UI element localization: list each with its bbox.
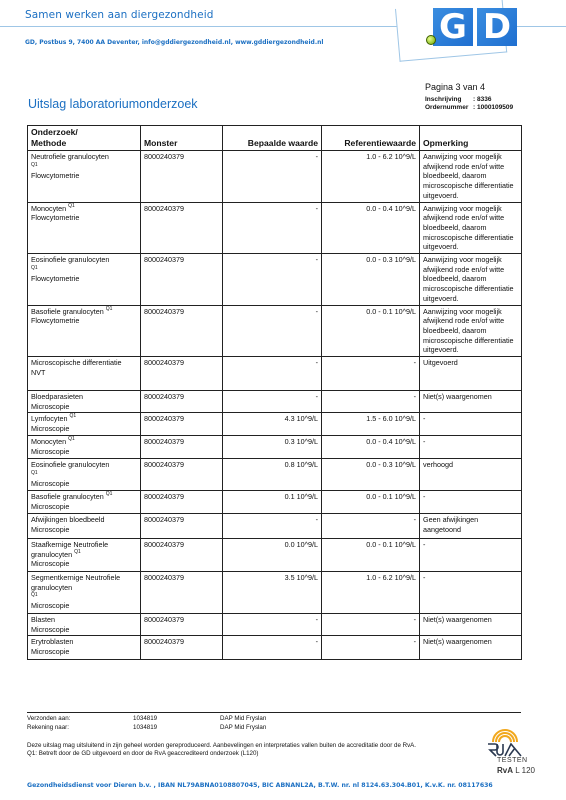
table-row: ErytroblastenMicroscopie8000240379--Niet… bbox=[28, 636, 522, 660]
cell-opmerking: Niet(s) waargenomen bbox=[420, 391, 522, 413]
verzonden-label: Verzonden aan: bbox=[27, 715, 70, 722]
inschrijving-label: Inschrijving bbox=[425, 96, 473, 103]
page-number: Pagina 3 van 4 bbox=[425, 82, 485, 92]
cell-onderzoek: ErytroblastenMicroscopie bbox=[28, 636, 141, 660]
cell-referentiewaarde: 0.0 - 0.1 10^9/L bbox=[322, 490, 420, 513]
cell-bepaalde-waarde: - bbox=[223, 357, 322, 391]
test-name: Segmentkernige Neutrofiele granulocyten bbox=[31, 573, 120, 592]
rva-accreditation-logo: TESTEN RvA L 120 bbox=[485, 728, 525, 784]
rekening-name: DAP Mid Fryslan bbox=[220, 724, 266, 731]
cell-referentiewaarde: 0.0 - 0.4 10^9/L bbox=[322, 202, 420, 254]
tagline: Samen werken aan diergezondheid bbox=[25, 9, 214, 21]
cell-opmerking: Uitgevoerd bbox=[420, 357, 522, 391]
table-row: Monocyten Q1Flowcytometrie8000240379-0.0… bbox=[28, 202, 522, 254]
cell-onderzoek: Lymfocyten Q1Microscopie bbox=[28, 413, 141, 435]
table-row: Lymfocyten Q1Microscopie80002403794.3 10… bbox=[28, 413, 522, 435]
test-method: Microscopie bbox=[31, 625, 137, 635]
test-method: Microscopie bbox=[31, 601, 137, 611]
q1-accreditation-marker: Q1 bbox=[31, 470, 137, 476]
cell-opmerking: - bbox=[420, 413, 522, 435]
cell-monster: 8000240379 bbox=[141, 357, 223, 391]
test-method: Flowcytometrie bbox=[31, 213, 137, 223]
table-row: Segmentkernige Neutrofiele granulocytenQ… bbox=[28, 571, 522, 613]
cell-bepaalde-waarde: 3.5 10^9/L bbox=[223, 571, 322, 613]
cell-bepaalde-waarde: - bbox=[223, 202, 322, 254]
table-row: Basofiele granulocyten Q1Flowcytometrie8… bbox=[28, 305, 522, 357]
verzonden-number: 1034819 bbox=[133, 715, 157, 722]
test-method: Flowcytometrie bbox=[31, 171, 137, 181]
test-method: NVT bbox=[31, 368, 137, 378]
cell-referentiewaarde: - bbox=[322, 613, 420, 635]
cell-opmerking: Aanwijzing voor mogelijk afwijkend rode … bbox=[420, 151, 522, 203]
rva-code: RvA L 120 bbox=[497, 766, 535, 775]
cell-referentiewaarde: 1.0 - 6.2 10^9/L bbox=[322, 151, 420, 203]
test-method: Microscopie bbox=[31, 402, 137, 412]
header-monster: Monster bbox=[141, 126, 223, 151]
verzonden-name: DAP Mid Fryslan bbox=[220, 715, 266, 722]
cell-onderzoek: Segmentkernige Neutrofiele granulocytenQ… bbox=[28, 571, 141, 613]
company-info: Gezondheidsdienst voor Dieren b.v. , IBA… bbox=[27, 782, 493, 789]
cell-bepaalde-waarde: - bbox=[223, 151, 322, 203]
cell-onderzoek: Neutrofiele granulocytenQ1Flowcytometrie bbox=[28, 151, 141, 203]
cell-bepaalde-waarde: - bbox=[223, 305, 322, 357]
cell-onderzoek: Monocyten Q1Flowcytometrie bbox=[28, 202, 141, 254]
cell-monster: 8000240379 bbox=[141, 254, 223, 306]
cell-monster: 8000240379 bbox=[141, 490, 223, 513]
cell-opmerking: Aanwijzing voor mogelijk afwijkend rode … bbox=[420, 305, 522, 357]
cell-referentiewaarde: 0.0 - 0.4 10^9/L bbox=[322, 435, 420, 458]
cell-opmerking: Aanwijzing voor mogelijk afwijkend rode … bbox=[420, 254, 522, 306]
cell-bepaalde-waarde: 0.0 10^9/L bbox=[223, 538, 322, 571]
cell-referentiewaarde: 1.0 - 6.2 10^9/L bbox=[322, 571, 420, 613]
cell-bepaalde-waarde: 0.8 10^9/L bbox=[223, 458, 322, 490]
inschrijving-value: : 8336 bbox=[473, 96, 491, 103]
test-name: Bloedparasieten bbox=[31, 392, 83, 401]
test-name: Eosinofiele granulocyten bbox=[31, 460, 109, 469]
cell-opmerking: Niet(s) waargenomen bbox=[420, 636, 522, 660]
cell-referentiewaarde: - bbox=[322, 391, 420, 413]
q1-accreditation-marker: Q1 bbox=[106, 306, 113, 312]
rva-arc-icon bbox=[485, 728, 525, 758]
q1-note: Q1: Betreft door de GD uitgevoerd en doo… bbox=[27, 750, 258, 757]
cell-monster: 8000240379 bbox=[141, 391, 223, 413]
cell-bepaalde-waarde: 4.3 10^9/L bbox=[223, 413, 322, 435]
test-name: Staafkernige Neutrofiele granulocyten bbox=[31, 540, 108, 559]
page-title: Uitslag laboratoriumonderzoek bbox=[28, 97, 198, 111]
test-name: Microscopische differentiatie bbox=[31, 358, 122, 367]
q1-accreditation-marker: Q1 bbox=[68, 436, 75, 442]
q1-accreditation-marker: Q1 bbox=[31, 265, 137, 271]
cell-bepaalde-waarde: - bbox=[223, 613, 322, 635]
cell-monster: 8000240379 bbox=[141, 305, 223, 357]
ordernummer: Ordernummer: 1000109509 bbox=[425, 104, 513, 111]
table-row: Neutrofiele granulocytenQ1Flowcytometrie… bbox=[28, 151, 522, 203]
q1-accreditation-marker: Q1 bbox=[74, 549, 81, 555]
cell-onderzoek: Eosinofiele granulocytenQ1Microscopie bbox=[28, 458, 141, 490]
table-row: Eosinofiele granulocytenQ1Microscopie800… bbox=[28, 458, 522, 490]
cell-referentiewaarde: 1.5 - 6.0 10^9/L bbox=[322, 413, 420, 435]
cell-opmerking: - bbox=[420, 435, 522, 458]
ordernummer-label: Ordernummer bbox=[425, 104, 473, 111]
test-name: Lymfocyten bbox=[31, 414, 68, 423]
cell-bepaalde-waarde: - bbox=[223, 636, 322, 660]
cell-onderzoek: BloedparasietenMicroscopie bbox=[28, 391, 141, 413]
rekening-label: Rekening naar: bbox=[27, 724, 69, 731]
test-method: Microscopie bbox=[31, 647, 137, 657]
header-opmerking: Opmerking bbox=[420, 126, 522, 151]
cell-opmerking: - bbox=[420, 490, 522, 513]
test-method: Flowcytometrie bbox=[31, 316, 137, 326]
cell-bepaalde-waarde: - bbox=[223, 513, 322, 538]
cell-onderzoek: Eosinofiele granulocytenQ1Flowcytometrie bbox=[28, 254, 141, 306]
cell-opmerking: - bbox=[420, 538, 522, 571]
cell-opmerking: Aanwijzing voor mogelijk afwijkend rode … bbox=[420, 202, 522, 254]
header-bepaalde-waarde: Bepaalde waarde bbox=[223, 126, 322, 151]
test-method: Microscopie bbox=[31, 502, 137, 512]
cell-referentiewaarde: 0.0 - 0.1 10^9/L bbox=[322, 538, 420, 571]
cell-bepaalde-waarde: - bbox=[223, 254, 322, 306]
cell-monster: 8000240379 bbox=[141, 202, 223, 254]
test-name: Neutrofiele granulocyten bbox=[31, 152, 109, 161]
logo-letter-d: D bbox=[477, 8, 517, 46]
q1-accreditation-marker: Q1 bbox=[70, 413, 77, 419]
test-method: Microscopie bbox=[31, 424, 137, 434]
rva-testen-label: TESTEN bbox=[497, 757, 528, 764]
cell-opmerking: - bbox=[420, 571, 522, 613]
rekening-number: 1034819 bbox=[133, 724, 157, 731]
test-name: Blasten bbox=[31, 615, 55, 624]
q1-accreditation-marker: Q1 bbox=[68, 203, 75, 209]
test-name: Basofiele granulocyten bbox=[31, 492, 104, 501]
contact-address: GD, Postbus 9, 7400 AA Deventer, info@gd… bbox=[25, 39, 323, 46]
disclaimer: Deze uitslag mag uitsluitend in zijn geh… bbox=[27, 742, 416, 749]
cell-monster: 8000240379 bbox=[141, 458, 223, 490]
cell-opmerking: verhoogd bbox=[420, 458, 522, 490]
cell-bepaalde-waarde: 0.1 10^9/L bbox=[223, 490, 322, 513]
cell-bepaalde-waarde: - bbox=[223, 391, 322, 413]
table-row: Microscopische differentiatieNVT80002403… bbox=[28, 357, 522, 391]
results-table: Onderzoek/Methode Monster Bepaalde waard… bbox=[27, 125, 522, 660]
logo-letter-g: G bbox=[433, 8, 473, 46]
test-method: Microscopie bbox=[31, 479, 137, 489]
cell-monster: 8000240379 bbox=[141, 571, 223, 613]
cell-onderzoek: Afwijkingen bloedbeeldMicroscopie bbox=[28, 513, 141, 538]
table-row: BlastenMicroscopie8000240379--Niet(s) wa… bbox=[28, 613, 522, 635]
footer-divider bbox=[27, 712, 521, 713]
test-name: Basofiele granulocyten bbox=[31, 307, 104, 316]
q1-accreditation-marker: Q1 bbox=[31, 592, 137, 598]
table-row: BloedparasietenMicroscopie8000240379--Ni… bbox=[28, 391, 522, 413]
header-onderzoek: Onderzoek/Methode bbox=[28, 126, 141, 151]
cell-onderzoek: Basofiele granulocyten Q1Flowcytometrie bbox=[28, 305, 141, 357]
cell-onderzoek: BlastenMicroscopie bbox=[28, 613, 141, 635]
cell-monster: 8000240379 bbox=[141, 613, 223, 635]
header-referentiewaarde: Referentiewaarde bbox=[322, 126, 420, 151]
inschrijving: Inschrijving: 8336 bbox=[425, 96, 491, 103]
gd-logo: G D bbox=[433, 8, 519, 46]
test-method: Microscopie bbox=[31, 525, 137, 535]
test-name: Eosinofiele granulocyten bbox=[31, 255, 109, 264]
cell-referentiewaarde: - bbox=[322, 636, 420, 660]
q1-accreditation-marker: Q1 bbox=[106, 491, 113, 497]
test-name: Afwijkingen bloedbeeld bbox=[31, 515, 105, 524]
cell-referentiewaarde: 0.0 - 0.3 10^9/L bbox=[322, 458, 420, 490]
cell-referentiewaarde: 0.0 - 0.1 10^9/L bbox=[322, 305, 420, 357]
test-name: Monocyten bbox=[31, 204, 66, 213]
test-method: Microscopie bbox=[31, 559, 137, 569]
cell-onderzoek: Monocyten Q1Microscopie bbox=[28, 435, 141, 458]
test-method: Microscopie bbox=[31, 447, 137, 457]
table-row: Monocyten Q1Microscopie80002403790.3 10^… bbox=[28, 435, 522, 458]
q1-accreditation-marker: Q1 bbox=[31, 162, 137, 168]
cell-monster: 8000240379 bbox=[141, 513, 223, 538]
cell-referentiewaarde: - bbox=[322, 513, 420, 538]
table-row: Eosinofiele granulocytenQ1Flowcytometrie… bbox=[28, 254, 522, 306]
cell-onderzoek: Staafkernige Neutrofiele granulocyten Q1… bbox=[28, 538, 141, 571]
cell-monster: 8000240379 bbox=[141, 413, 223, 435]
test-name: Monocyten bbox=[31, 437, 66, 446]
ordernummer-value: : 1000109509 bbox=[473, 104, 513, 111]
cell-monster: 8000240379 bbox=[141, 538, 223, 571]
cell-bepaalde-waarde: 0.3 10^9/L bbox=[223, 435, 322, 458]
table-row: Afwijkingen bloedbeeldMicroscopie8000240… bbox=[28, 513, 522, 538]
table-header-row: Onderzoek/Methode Monster Bepaalde waard… bbox=[28, 126, 522, 151]
cell-opmerking: Geen afwijkingen aangetoond bbox=[420, 513, 522, 538]
cell-referentiewaarde: - bbox=[322, 357, 420, 391]
cell-referentiewaarde: 0.0 - 0.3 10^9/L bbox=[322, 254, 420, 306]
table-row: Staafkernige Neutrofiele granulocyten Q1… bbox=[28, 538, 522, 571]
test-method: Flowcytometrie bbox=[31, 274, 137, 284]
cell-onderzoek: Basofiele granulocyten Q1Microscopie bbox=[28, 490, 141, 513]
cell-monster: 8000240379 bbox=[141, 151, 223, 203]
test-name: Erytroblasten bbox=[31, 637, 73, 646]
cell-monster: 8000240379 bbox=[141, 636, 223, 660]
logo-green-dot-icon bbox=[426, 35, 436, 45]
table-row: Basofiele granulocyten Q1Microscopie8000… bbox=[28, 490, 522, 513]
cell-monster: 8000240379 bbox=[141, 435, 223, 458]
cell-onderzoek: Microscopische differentiatieNVT bbox=[28, 357, 141, 391]
cell-opmerking: Niet(s) waargenomen bbox=[420, 613, 522, 635]
